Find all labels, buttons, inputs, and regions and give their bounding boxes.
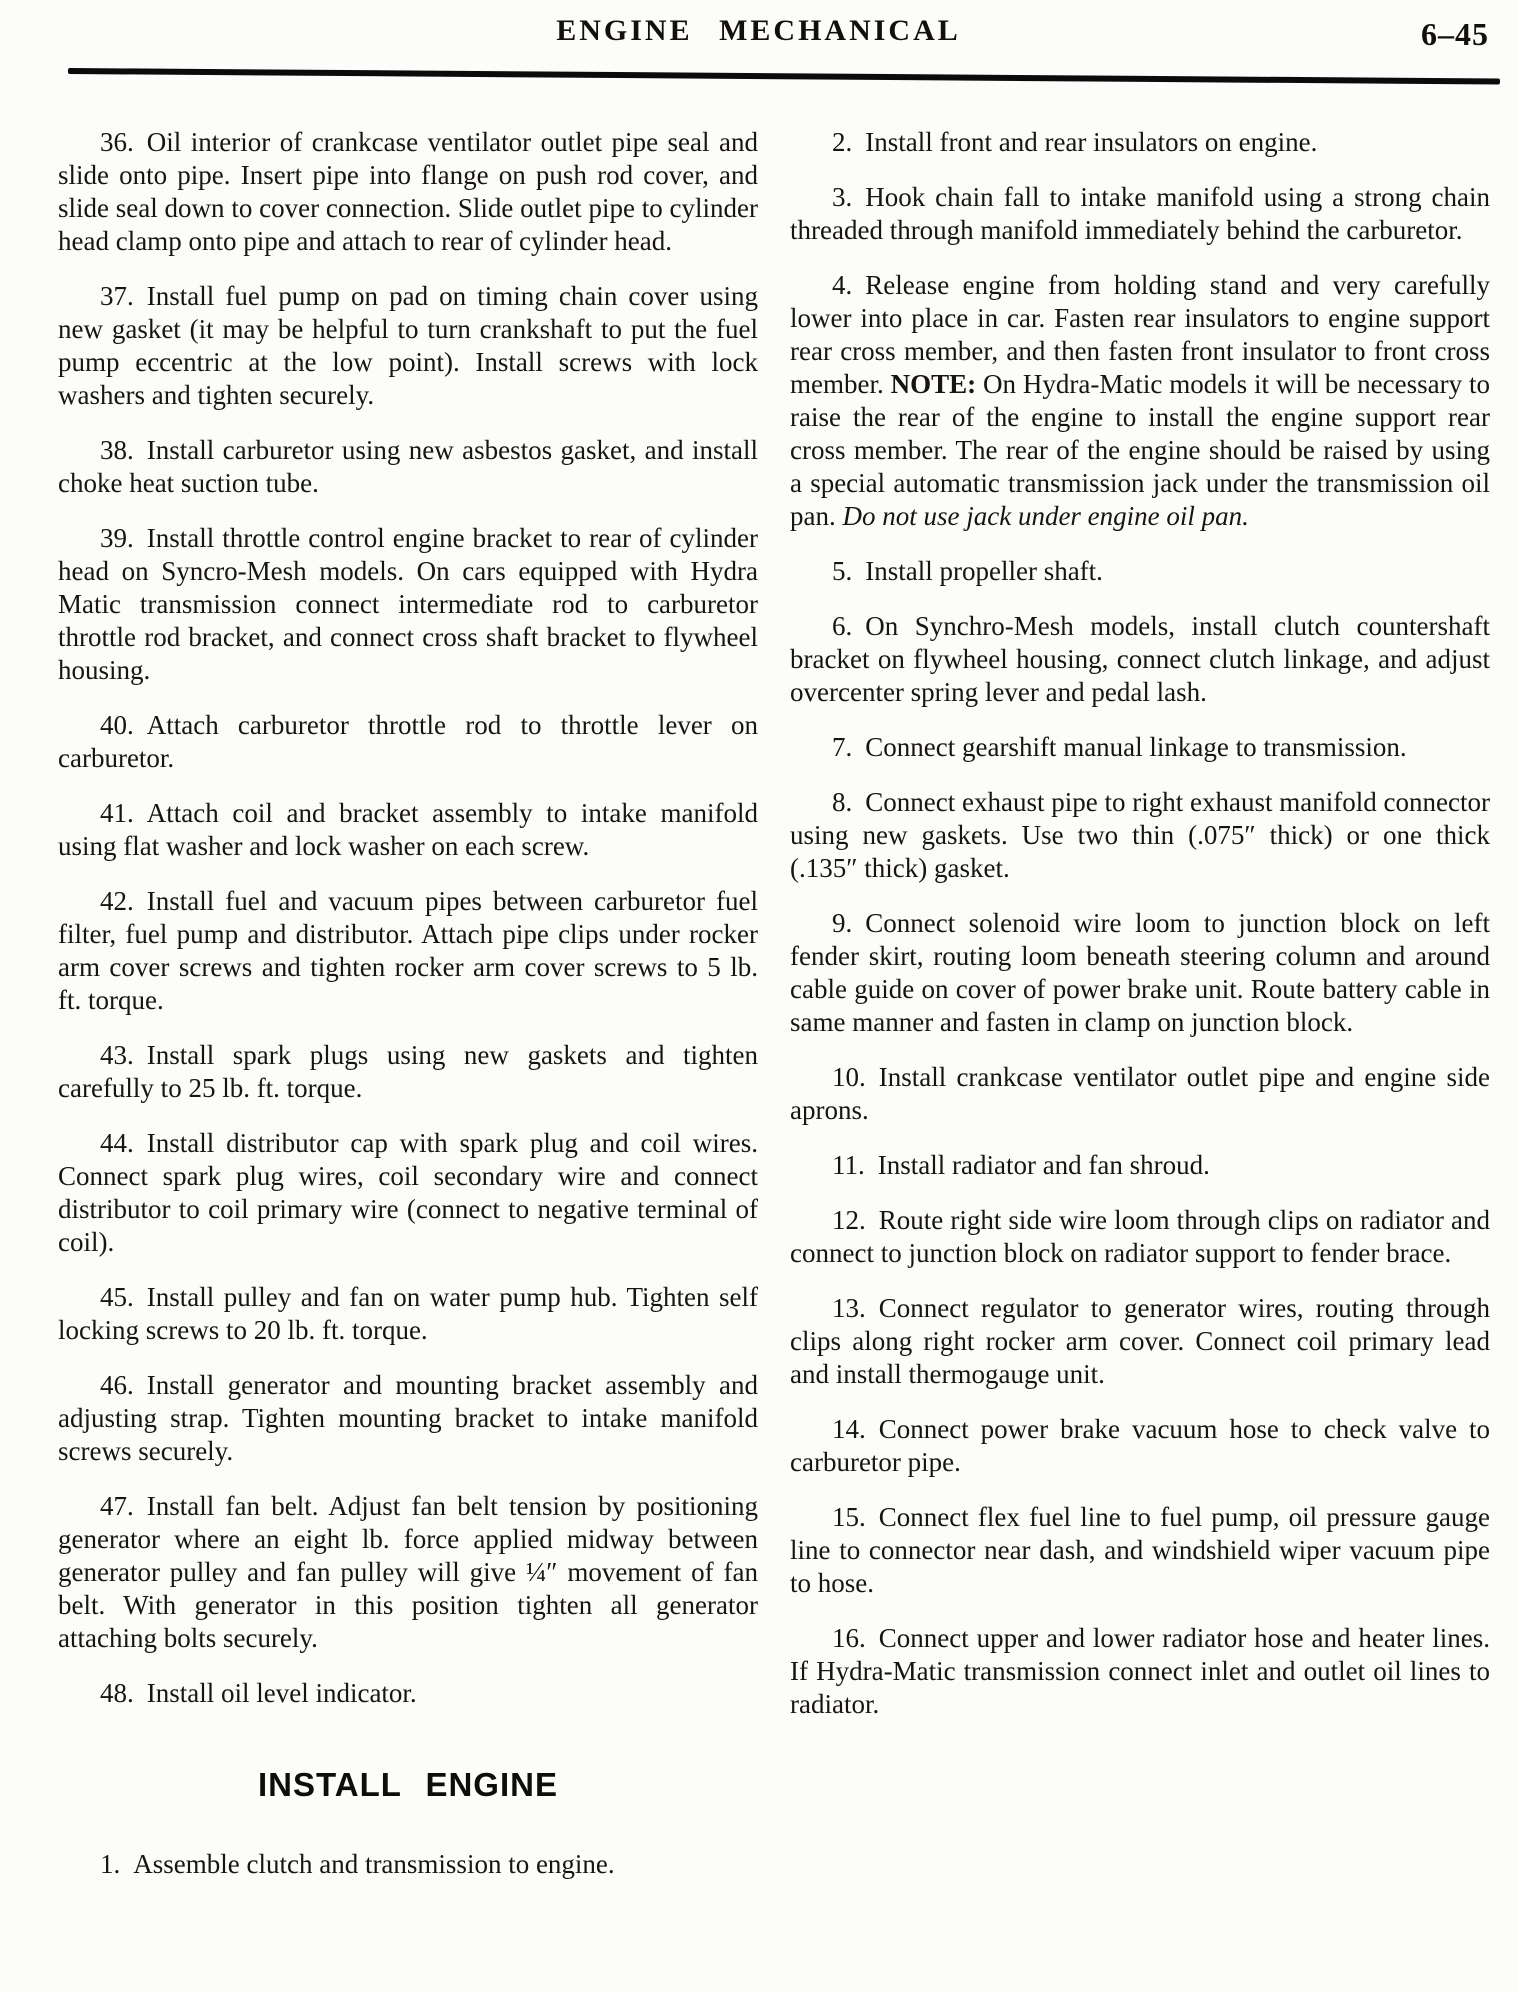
step-45: 45.Install pulley and fan on water pump … bbox=[58, 1281, 758, 1347]
step-number: 36. bbox=[100, 127, 134, 157]
step-12: 12.Route right side wire loom through cl… bbox=[790, 1204, 1490, 1270]
step-text: Install propeller shaft. bbox=[865, 556, 1103, 586]
step-text: Connect gearshift manual linkage to tran… bbox=[865, 732, 1406, 762]
step-38: 38.Install carburetor using new asbestos… bbox=[58, 434, 758, 500]
step-number: 7. bbox=[832, 732, 852, 762]
step-text: Hook chain fall to intake manifold using… bbox=[790, 182, 1490, 245]
step-5: 5.Install propeller shaft. bbox=[790, 555, 1490, 588]
step-number: 41. bbox=[100, 798, 134, 828]
step-text: Install front and rear insulators on eng… bbox=[865, 127, 1317, 157]
step-text: Install distributor cap with spark plug … bbox=[58, 1128, 758, 1257]
section-heading: INSTALL ENGINE bbox=[58, 1766, 758, 1804]
step-9: 9.Connect solenoid wire loom to junction… bbox=[790, 907, 1490, 1039]
page-number: 6–45 bbox=[1421, 16, 1489, 53]
step-text: Install throttle control engine bracket … bbox=[58, 523, 758, 685]
step-text: Install radiator and fan shroud. bbox=[878, 1150, 1210, 1180]
step-text: Connect exhaust pipe to right exhaust ma… bbox=[790, 787, 1490, 883]
step-7: 7.Connect gearshift manual linkage to tr… bbox=[790, 731, 1490, 764]
step-number: 11. bbox=[832, 1150, 865, 1180]
step-text: Install oil level indicator. bbox=[147, 1678, 417, 1708]
left-column: 36.Oil interior of crankcase ventilator … bbox=[58, 126, 758, 1903]
step-number: 37. bbox=[100, 281, 134, 311]
step-text: NOTE: bbox=[891, 369, 977, 399]
step-13: 13.Connect regulator to generator wires,… bbox=[790, 1292, 1490, 1391]
step-text: Install generator and mounting bracket a… bbox=[58, 1370, 758, 1466]
step-number: 38. bbox=[100, 435, 134, 465]
step-6: 6.On Synchro-Mesh models, install clutch… bbox=[790, 610, 1490, 709]
step-text: Attach carburetor throttle rod to thrott… bbox=[58, 710, 758, 773]
step-text: Connect regulator to generator wires, ro… bbox=[790, 1293, 1490, 1389]
manual-page: ENGINE MECHANICAL 6–45 36.Oil interior o… bbox=[0, 0, 1517, 1992]
step-number: 16. bbox=[832, 1623, 866, 1653]
step-text: Install fuel and vacuum pipes between ca… bbox=[58, 886, 758, 1015]
step-number: 45. bbox=[100, 1282, 134, 1312]
step-46: 46.Install generator and mounting bracke… bbox=[58, 1369, 758, 1468]
step-number: 10. bbox=[832, 1062, 866, 1092]
step-text: Connect upper and lower radiator hose an… bbox=[790, 1623, 1490, 1719]
step-16: 16.Connect upper and lower radiator hose… bbox=[790, 1622, 1490, 1721]
step-40: 40.Attach carburetor throttle rod to thr… bbox=[58, 709, 758, 775]
step-text: On Synchro-Mesh models, install clutch c… bbox=[790, 611, 1490, 707]
step-1: 1.Assemble clutch and transmission to en… bbox=[58, 1848, 758, 1881]
step-text: Attach coil and bracket assembly to inta… bbox=[58, 798, 758, 861]
step-number: 39. bbox=[100, 523, 134, 553]
step-text: Install fan belt. Adjust fan belt tensio… bbox=[58, 1491, 758, 1653]
step-number: 8. bbox=[832, 787, 852, 817]
step-text: Do not use jack under engine oil pan. bbox=[842, 501, 1248, 531]
step-number: 1. bbox=[100, 1849, 120, 1879]
step-43: 43.Install spark plugs using new gaskets… bbox=[58, 1039, 758, 1105]
step-37: 37.Install fuel pump on pad on timing ch… bbox=[58, 280, 758, 412]
step-number: 14. bbox=[832, 1414, 866, 1444]
step-48: 48.Install oil level indicator. bbox=[58, 1677, 758, 1710]
page-header: ENGINE MECHANICAL 6–45 bbox=[0, 0, 1517, 68]
step-11: 11.Install radiator and fan shroud. bbox=[790, 1149, 1490, 1182]
step-4: 4.Release engine from holding stand and … bbox=[790, 269, 1490, 533]
right-column: 2.Install front and rear insulators on e… bbox=[790, 126, 1490, 1903]
step-47: 47.Install fan belt. Adjust fan belt ten… bbox=[58, 1490, 758, 1655]
step-number: 46. bbox=[100, 1370, 134, 1400]
step-number: 15. bbox=[832, 1502, 866, 1532]
step-44: 44.Install distributor cap with spark pl… bbox=[58, 1127, 758, 1259]
step-text: Install crankcase ventilator outlet pipe… bbox=[790, 1062, 1490, 1125]
page-title: ENGINE MECHANICAL bbox=[0, 14, 1517, 48]
step-39: 39.Install throttle control engine brack… bbox=[58, 522, 758, 687]
step-text: Oil interior of crankcase ventilator out… bbox=[58, 127, 758, 256]
step-number: 12. bbox=[832, 1205, 866, 1235]
step-number: 4. bbox=[832, 270, 852, 300]
step-text: Connect solenoid wire loom to junction b… bbox=[790, 908, 1490, 1037]
step-text: Connect power brake vacuum hose to check… bbox=[790, 1414, 1490, 1477]
step-number: 43. bbox=[100, 1040, 134, 1070]
step-number: 42. bbox=[100, 886, 134, 916]
step-text: Install pulley and fan on water pump hub… bbox=[58, 1282, 758, 1345]
step-number: 13. bbox=[832, 1293, 866, 1323]
step-3: 3.Hook chain fall to intake manifold usi… bbox=[790, 181, 1490, 247]
step-number: 3. bbox=[832, 182, 852, 212]
step-number: 44. bbox=[100, 1128, 134, 1158]
step-number: 40. bbox=[100, 710, 134, 740]
step-number: 48. bbox=[100, 1678, 134, 1708]
step-text: Install carburetor using new asbestos ga… bbox=[58, 435, 758, 498]
step-number: 5. bbox=[832, 556, 852, 586]
step-text: Assemble clutch and transmission to engi… bbox=[133, 1849, 614, 1879]
step-14: 14.Connect power brake vacuum hose to ch… bbox=[790, 1413, 1490, 1479]
step-41: 41.Attach coil and bracket assembly to i… bbox=[58, 797, 758, 863]
step-42: 42.Install fuel and vacuum pipes between… bbox=[58, 885, 758, 1017]
step-number: 6. bbox=[832, 611, 852, 641]
step-36: 36.Oil interior of crankcase ventilator … bbox=[58, 126, 758, 258]
step-2: 2.Install front and rear insulators on e… bbox=[790, 126, 1490, 159]
step-number: 9. bbox=[832, 908, 852, 938]
step-10: 10.Install crankcase ventilator outlet p… bbox=[790, 1061, 1490, 1127]
step-number: 47. bbox=[100, 1491, 134, 1521]
step-text: Install spark plugs using new gaskets an… bbox=[58, 1040, 758, 1103]
step-8: 8.Connect exhaust pipe to right exhaust … bbox=[790, 786, 1490, 885]
step-number: 2. bbox=[832, 127, 852, 157]
step-text: Install fuel pump on pad on timing chain… bbox=[58, 281, 758, 410]
text-columns: 36.Oil interior of crankcase ventilator … bbox=[0, 74, 1517, 1903]
step-text: Connect flex fuel line to fuel pump, oil… bbox=[790, 1502, 1490, 1598]
step-text: Route right side wire loom through clips… bbox=[790, 1205, 1490, 1268]
step-15: 15.Connect flex fuel line to fuel pump, … bbox=[790, 1501, 1490, 1600]
